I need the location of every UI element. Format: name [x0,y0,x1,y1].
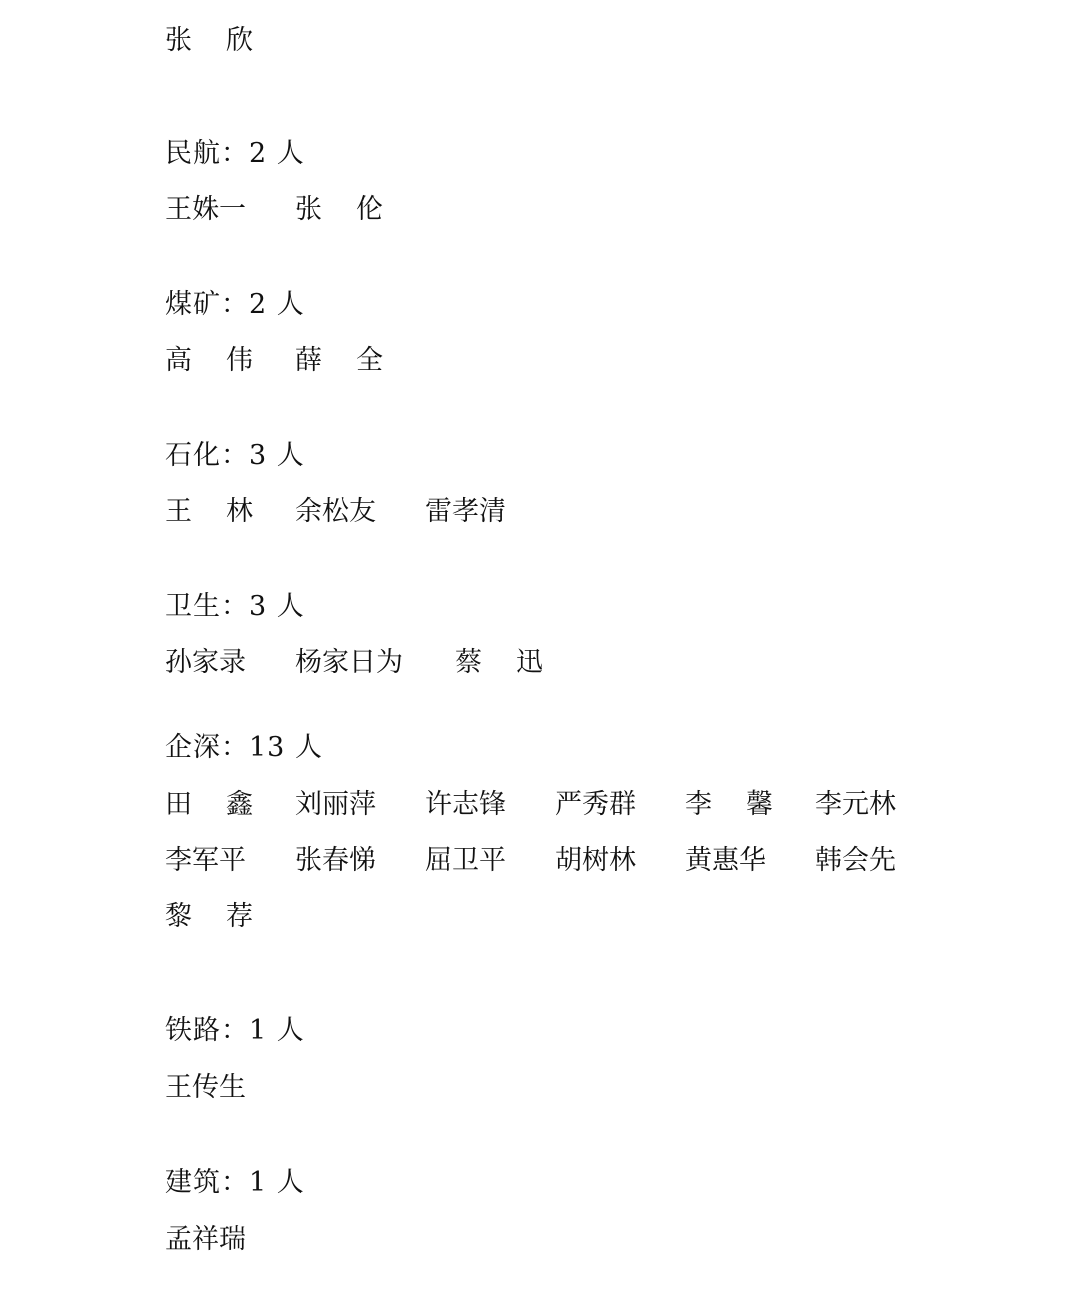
person-name: 王姝一 [165,190,246,230]
person-name: 张春悌 [295,841,376,881]
person-name: 黄惠华 [685,841,766,881]
person-name: 孙家录 [165,643,246,683]
person-name: 黎荐 [165,897,253,937]
section-heading-civil-aviation: 民航：2 人 [165,134,305,174]
person-name: 孟祥瑞 [165,1220,246,1260]
section-heading-construction: 建筑：1 人 [165,1163,305,1203]
section-heading-coal-mining: 煤矿：2 人 [165,285,305,325]
person-name: 李元林 [815,785,896,825]
person-name: 屈卫平 [425,841,506,881]
section-heading-railway: 铁路：1 人 [165,1011,305,1051]
person-name: 李军平 [165,841,246,881]
person-name: 雷孝清 [425,492,506,532]
person-name: 胡树林 [555,841,636,881]
person-name: 王传生 [165,1068,246,1108]
person-name: 刘丽萍 [295,785,376,825]
person-name: 严秀群 [555,785,636,825]
person-name: 蔡迅 [455,643,543,683]
person-name: 张伦 [295,190,383,230]
person-name: 薛全 [295,341,383,381]
person-name: 余松友 [295,492,376,532]
person-name: 杨家日为 [295,643,403,683]
section-heading-petrochemical: 石化：3 人 [165,436,305,476]
person-name: 张欣 [165,21,253,61]
person-name: 韩会先 [815,841,896,881]
person-name: 高伟 [165,341,253,381]
person-name: 王林 [165,492,253,532]
person-name: 许志锋 [425,785,506,825]
person-name: 田鑫 [165,785,253,825]
person-name: 李馨 [685,785,773,825]
section-heading-health: 卫生：3 人 [165,587,305,627]
section-heading-enterprise: 企深：13 人 [165,728,323,768]
